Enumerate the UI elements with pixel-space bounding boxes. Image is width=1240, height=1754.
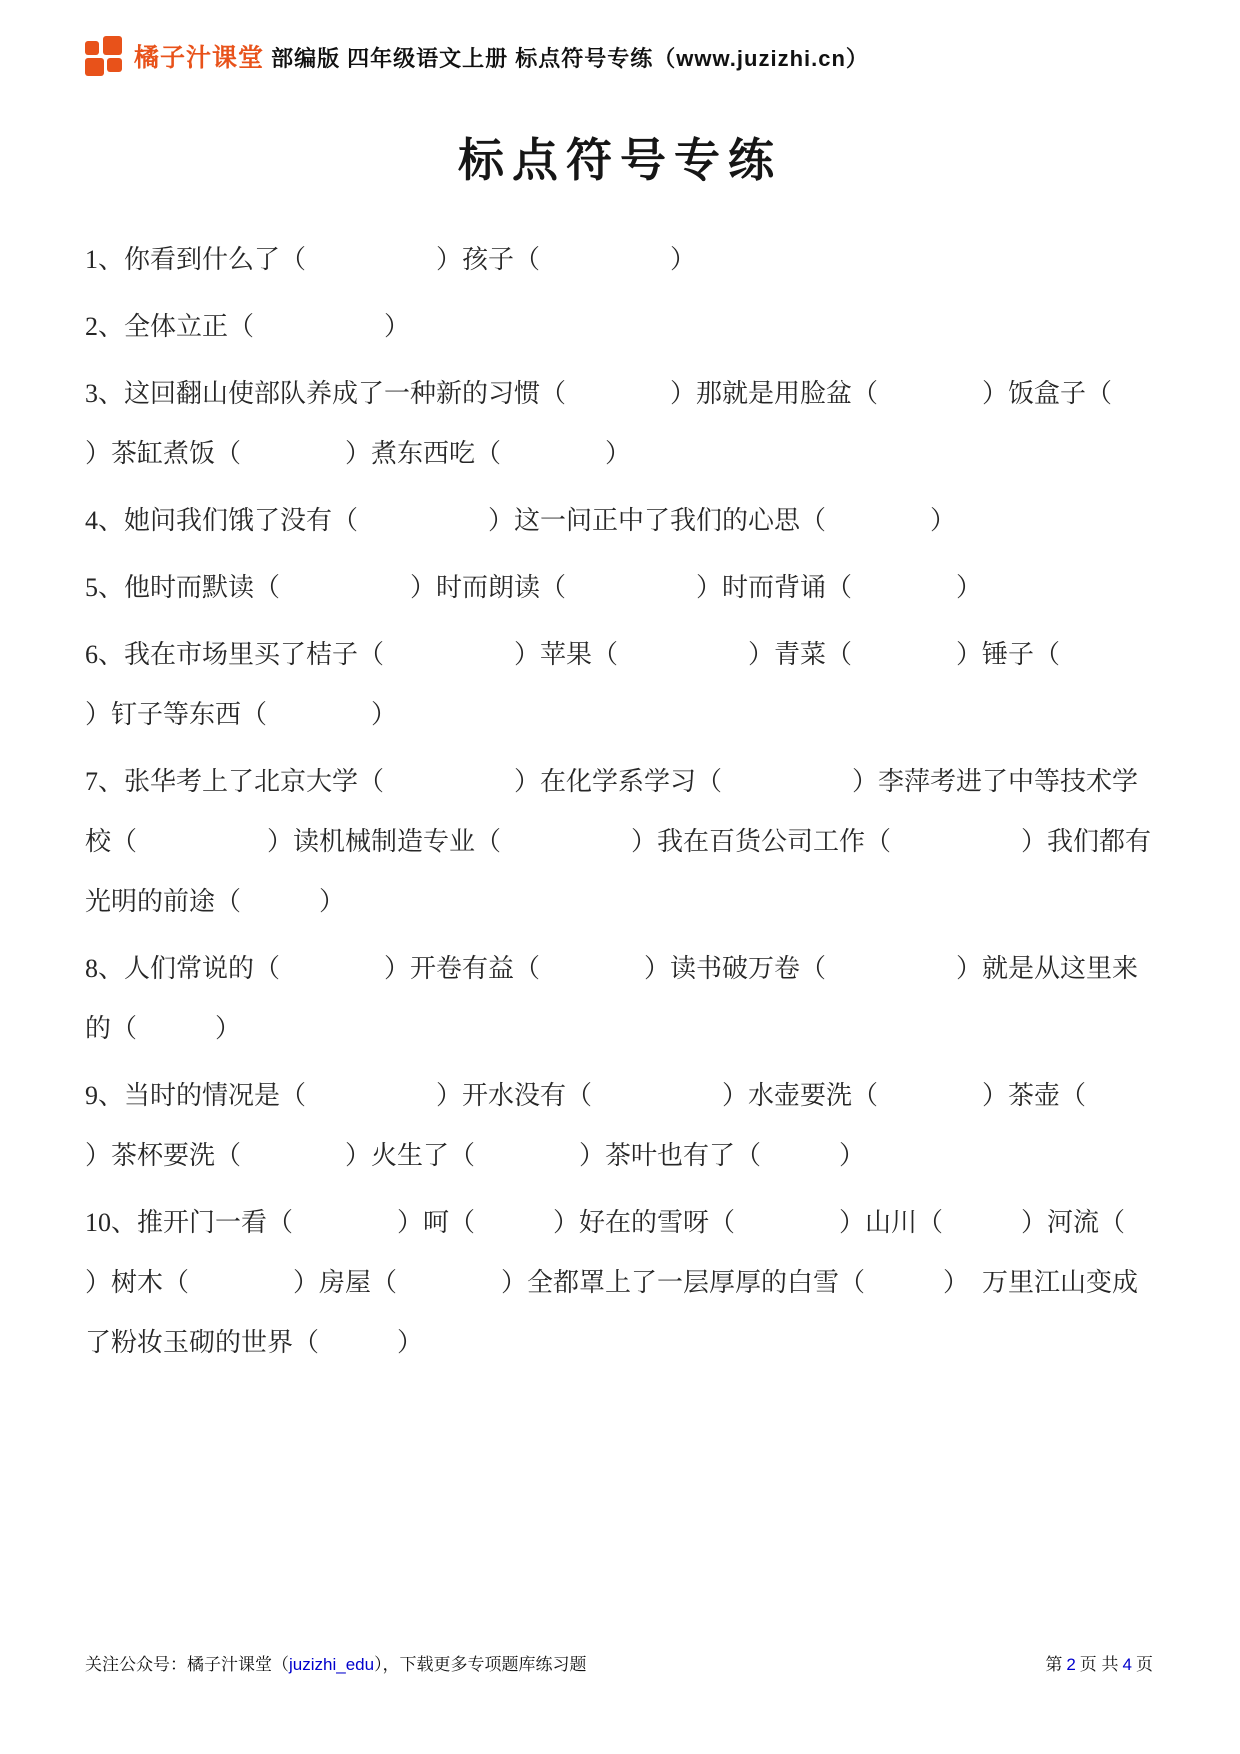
exercise-item-10: 10、推开门一看（ ）呵（ ）好在的雪呀（ ）山川（ ）河流（ ）树木（ ）房屋…: [85, 1193, 1159, 1373]
page-number-suffix: 页: [1136, 1655, 1153, 1674]
exercise-item-8: 8、人们常说的（ ）开卷有益（ ）读书破万卷（ ）就是从这里来的（ ）: [85, 939, 1159, 1059]
exercise-item-5: 5、他时而默读（ ）时而朗读（ ）时而背诵（ ）: [85, 558, 1159, 618]
page-footer: 关注公众号：橘子汁课堂（juzizhi_edu），下载更多专项题库练习题 第2页…: [85, 1650, 1155, 1675]
worksheet-page: 橘子汁课堂 部编版 四年级语文上册 标点符号专练（www.juzizhi.cn）…: [0, 0, 1240, 1754]
page-number-middle: 页 共: [1080, 1655, 1119, 1674]
footer-note-suffix: ），下载更多专项题库练习题: [374, 1655, 587, 1674]
exercise-item-6: 6、我在市场里买了桔子（ ）苹果（ ）青菜（ ）锤子（ ）钉子等东西（ ）: [85, 625, 1159, 745]
page-number-prefix: 第: [1045, 1655, 1062, 1674]
worksheet-title: 标点符号专练: [0, 124, 1240, 190]
page-number: 第2页 共4页: [1043, 1650, 1155, 1675]
exercise-list: 1、你看到什么了（ ）孩子（ ）2、全体立正（ ）3、这回翻山使部队养成了一种新…: [85, 230, 1159, 1380]
footer-note-prefix: 关注公众号：橘子汁课堂（: [85, 1655, 289, 1674]
tiles-logo-icon: [85, 36, 125, 76]
exercise-item-7: 7、张华考上了北京大学（ ）在化学系学习（ ）李萍考进了中等技术学校（ ）读机械…: [85, 752, 1159, 932]
exercise-item-1: 1、你看到什么了（ ）孩子（ ）: [85, 230, 1159, 290]
page-number-total: 4: [1123, 1655, 1132, 1674]
page-header: 橘子汁课堂 部编版 四年级语文上册 标点符号专练（www.juzizhi.cn）: [85, 34, 1155, 82]
exercise-item-3: 3、这回翻山使部队养成了一种新的习惯（ ）那就是用脸盆（ ）饭盒子（ ）茶缸煮饭…: [85, 364, 1159, 484]
footer-note: 关注公众号：橘子汁课堂（juzizhi_edu），下载更多专项题库练习题: [85, 1650, 587, 1675]
exercise-item-9: 9、当时的情况是（ ）开水没有（ ）水壶要洗（ ）茶壶（ ）茶杯要洗（ ）火生了…: [85, 1066, 1159, 1186]
exercise-item-2: 2、全体立正（ ）: [85, 297, 1159, 357]
wechat-account-id: juzizhi_edu: [289, 1655, 374, 1674]
page-number-current: 2: [1066, 1655, 1075, 1674]
exercise-item-4: 4、她问我们饿了没有（ ）这一问正中了我们的心思（ ）: [85, 491, 1159, 551]
document-header-title: 部编版 四年级语文上册 标点符号专练（www.juzizhi.cn）: [205, 42, 935, 73]
